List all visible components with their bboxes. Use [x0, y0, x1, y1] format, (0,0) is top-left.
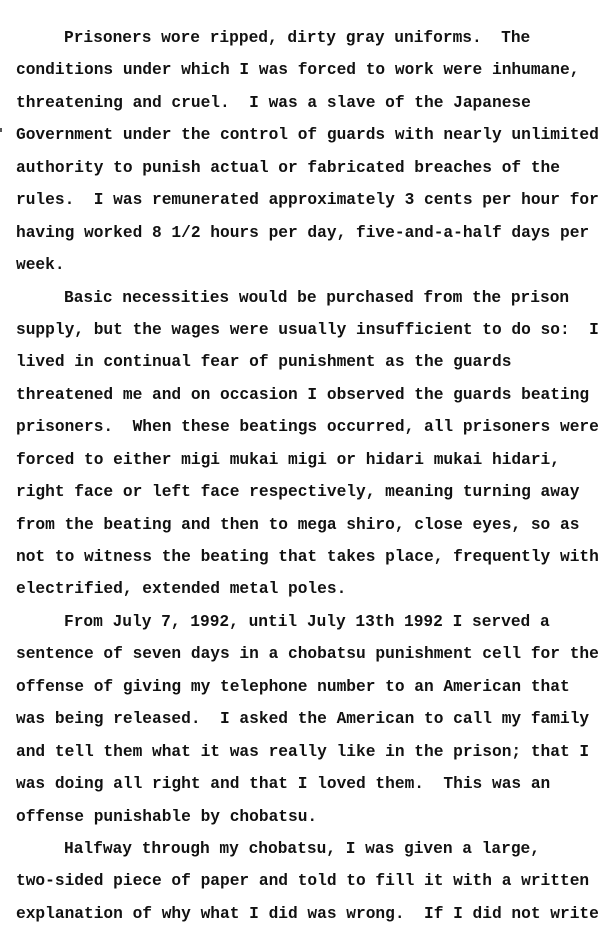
text-line: threatened me and on occasion I observed… [16, 379, 600, 411]
text-line: week. [16, 249, 600, 281]
text-line: rules. I was remunerated approximately 3… [16, 184, 600, 216]
text-line: authority to punish actual or fabricated… [16, 152, 600, 184]
text-line: offense punishable by chobatsu. [16, 801, 600, 833]
text-line: lived in continual fear of punishment as… [16, 346, 600, 378]
scan-margin-mark [0, 128, 2, 132]
text-line: Basic necessities would be purchased fro… [16, 282, 600, 314]
text-line: having worked 8 1/2 hours per day, five-… [16, 217, 600, 249]
text-line: threatening and cruel. I was a slave of … [16, 87, 600, 119]
paragraph-2: Basic necessities would be purchased fro… [16, 282, 600, 606]
text-line: Prisoners wore ripped, dirty gray unifor… [16, 22, 600, 54]
paragraph-4: Halfway through my chobatsu, I was given… [16, 833, 600, 930]
text-line: offense of giving my telephone number to… [16, 671, 600, 703]
text-line: two-sided piece of paper and told to fil… [16, 865, 600, 897]
document-page: Prisoners wore ripped, dirty gray unifor… [16, 22, 600, 930]
text-line: right face or left face respectively, me… [16, 476, 600, 508]
paragraph-1: Prisoners wore ripped, dirty gray unifor… [16, 22, 600, 282]
text-line: conditions under which I was forced to w… [16, 54, 600, 86]
text-line: was doing all right and that I loved the… [16, 768, 600, 800]
text-line: was being released. I asked the American… [16, 703, 600, 735]
text-line: electrified, extended metal poles. [16, 573, 600, 605]
text-line: Government under the control of guards w… [16, 119, 600, 151]
text-line: supply, but the wages were usually insuf… [16, 314, 600, 346]
text-line: prisoners. When these beatings occurred,… [16, 411, 600, 443]
text-line: and tell them what it was really like in… [16, 736, 600, 768]
text-line: from the beating and then to mega shiro,… [16, 509, 600, 541]
text-line: not to witness the beating that takes pl… [16, 541, 600, 573]
text-line: From July 7, 1992, until July 13th 1992 … [16, 606, 600, 638]
text-line: explanation of why what I did was wrong.… [16, 898, 600, 930]
text-line: forced to either migi mukai migi or hida… [16, 444, 600, 476]
paragraph-3: From July 7, 1992, until July 13th 1992 … [16, 606, 600, 833]
text-line: Halfway through my chobatsu, I was given… [16, 833, 600, 865]
text-line: sentence of seven days in a chobatsu pun… [16, 638, 600, 670]
